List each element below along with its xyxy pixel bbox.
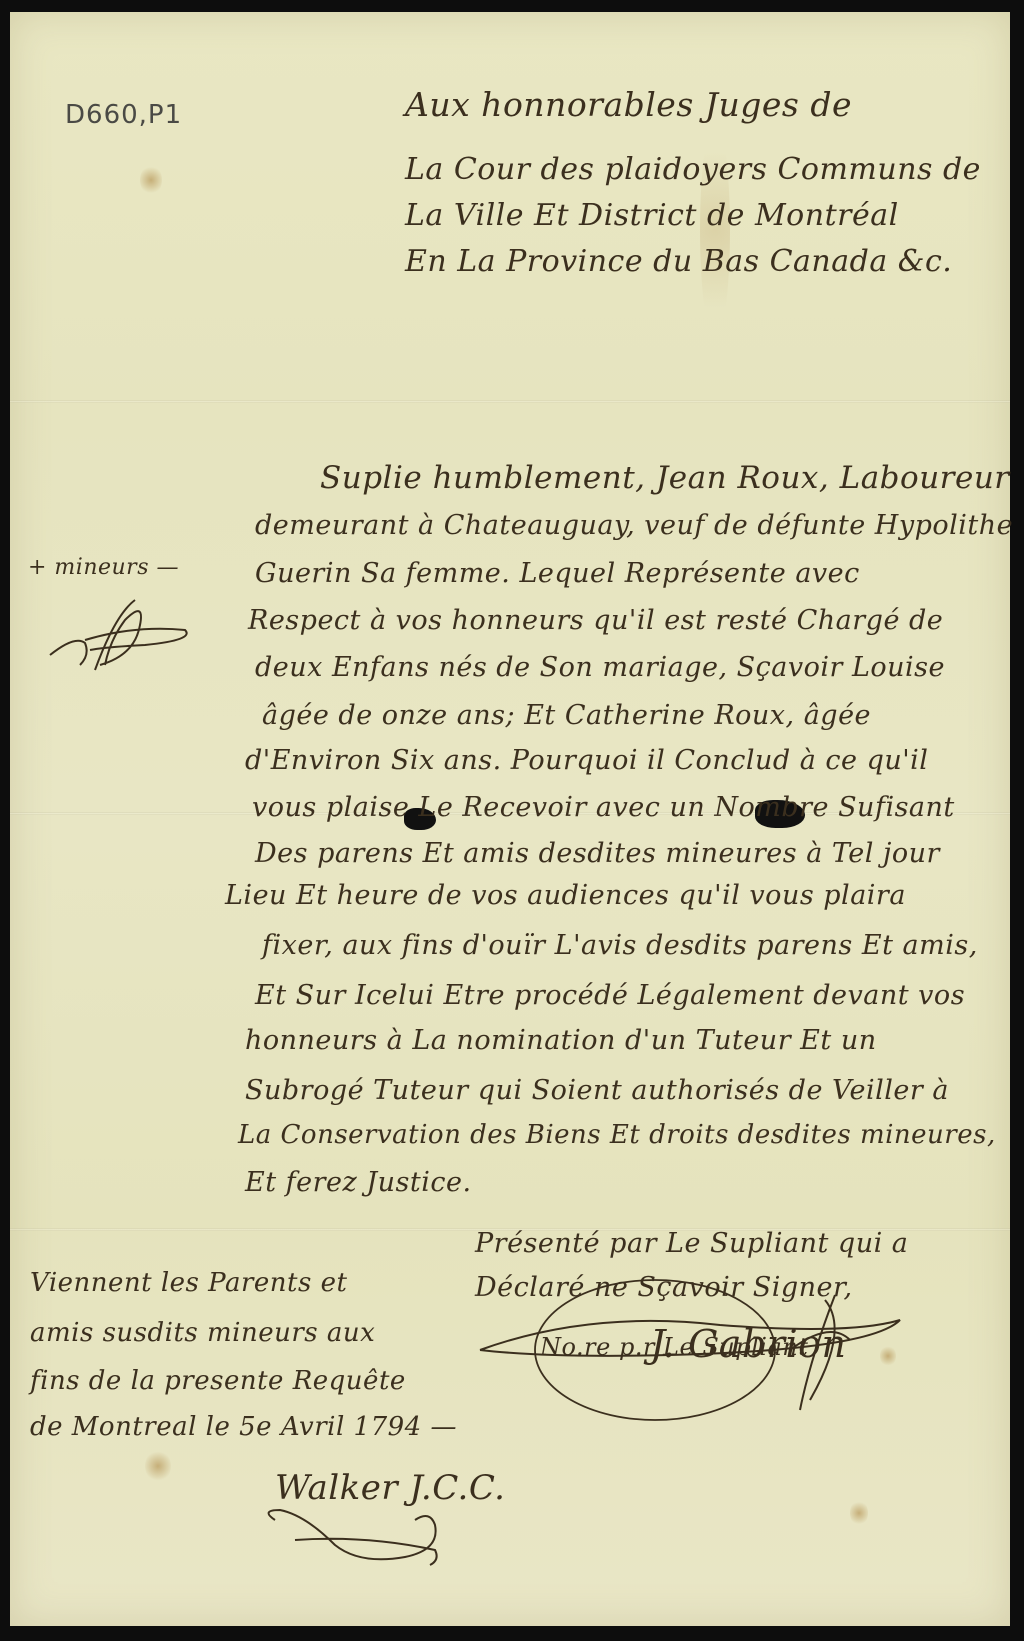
body-line: La Conservation des Biens Et droits desd… xyxy=(238,1120,996,1150)
body-line: Subrogé Tuteur qui Soient authorisés de … xyxy=(245,1075,949,1106)
stain xyxy=(850,1500,868,1526)
address-line: Aux honnorables Juges de xyxy=(405,85,852,124)
notary-subscript: No.re p.r Le Supliant xyxy=(540,1333,808,1361)
archive-reference: D660,P1 xyxy=(65,100,182,130)
body-line: Et ferez Justice. xyxy=(245,1167,472,1198)
judge-flourish-icon xyxy=(265,1505,475,1585)
body-line: honneurs à La nomination d'un Tuteur Et … xyxy=(245,1025,877,1056)
stain xyxy=(145,1450,171,1482)
address-line: En La Province du Bas Canada &c. xyxy=(405,244,952,279)
order-note-line: amis susdits mineurs aux xyxy=(30,1318,375,1348)
margin-note: + mineurs — xyxy=(28,555,179,580)
order-note-line: fins de la presente Requête xyxy=(30,1366,406,1396)
body-line: Des parens Et amis desdites mineures à T… xyxy=(255,838,940,869)
address-line: La Ville Et District de Montréal xyxy=(405,198,899,233)
order-note-line: Viennent les Parents et xyxy=(30,1268,347,1298)
body-line: Guerin Sa femme. Lequel Représente avec xyxy=(255,558,860,589)
address-line: La Cour des plaidoyers Communs de xyxy=(405,152,981,187)
body-line: âgée de onze ans; Et Catherine Roux, âgé… xyxy=(262,700,871,731)
body-line: deux Enfans nés de Son mariage, Sçavoir … xyxy=(255,652,945,683)
body-line: demeurant à Chateauguay, veuf de défunte… xyxy=(255,510,1013,541)
body-line: Suplie humblement, Jean Roux, Laboureur xyxy=(320,460,1010,496)
body-line: Lieu Et heure de vos audiences qu'il vou… xyxy=(225,880,906,911)
body-line: vous plaise Le Recevoir avec un Nombre S… xyxy=(252,792,955,823)
fold-line xyxy=(10,400,1010,403)
judge-signature: Walker J.C.C. xyxy=(275,1468,505,1508)
stain xyxy=(140,165,162,195)
body-line: d'Environ Six ans. Pourquoi il Conclud à… xyxy=(245,745,928,776)
body-line: fixer, aux fins d'ouïr L'avis desdits pa… xyxy=(262,930,978,961)
order-note-line: de Montreal le 5e Avril 1794 — xyxy=(30,1412,457,1442)
body-line: Et Sur Icelui Etre procédé Légalement de… xyxy=(255,980,965,1011)
body-line: Respect à vos honneurs qu'il est resté C… xyxy=(248,605,943,636)
paraph-flourish-icon xyxy=(45,595,195,675)
